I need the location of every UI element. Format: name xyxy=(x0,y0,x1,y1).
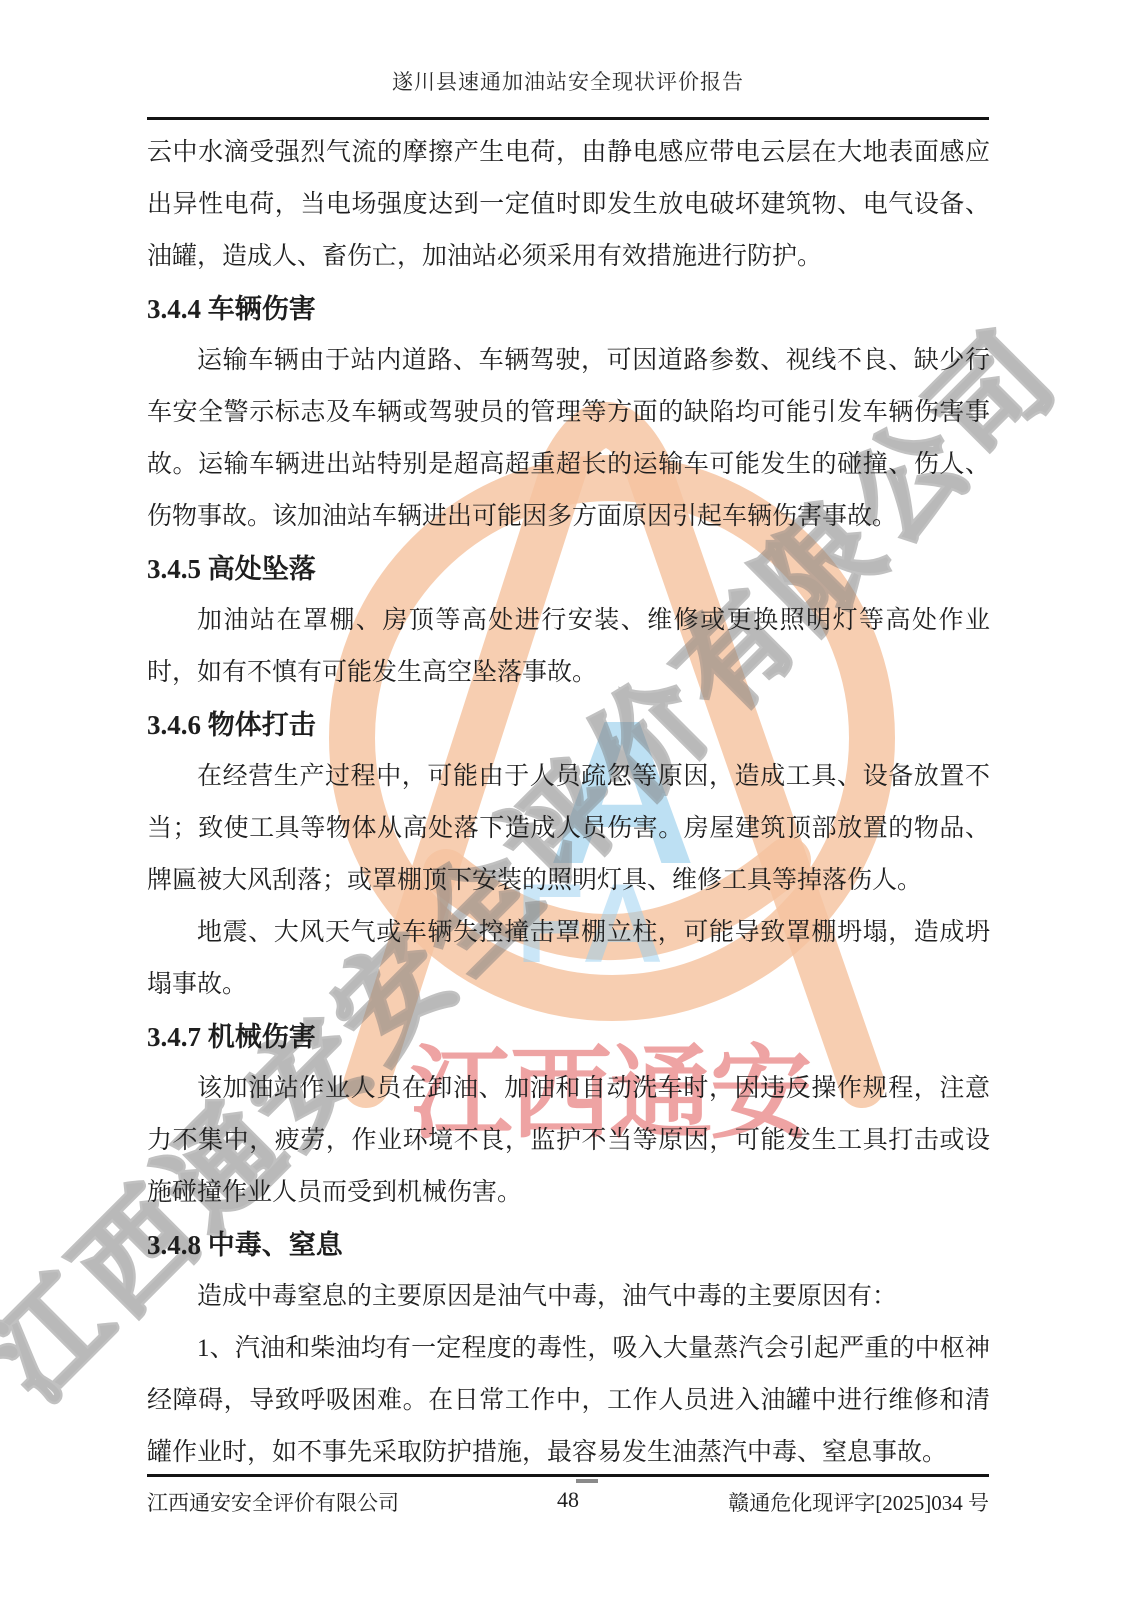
report-title: 遂川县速通加油站安全现状评价报告 xyxy=(147,66,989,96)
footer-rule xyxy=(147,1474,989,1477)
heading-3-4-6: 3.4.6 物体打击 xyxy=(147,699,990,751)
footer-page-number-dash xyxy=(576,1479,598,1483)
heading-3-4-8: 3.4.8 中毒、窒息 xyxy=(147,1219,990,1271)
report-page: A FA 江西通安安全评价有限公司 江西通安 遂川县速通加油站安全现状评价报告 … xyxy=(0,0,1131,1600)
document-body: 云中水滴受强烈气流的摩擦产生电荷，由静电感应带电云层在大地表面感应出异性电荷，当… xyxy=(147,127,990,1479)
paragraph-object-strike-1: 在经营生产过程中，可能由于人员疏忽等原因，造成工具、设备放置不当；致使工具等物体… xyxy=(147,751,990,907)
page-header: 遂川县速通加油站安全现状评价报告 xyxy=(147,66,989,96)
heading-3-4-4: 3.4.4 车辆伤害 xyxy=(147,283,990,335)
paragraph-fall-from-height: 加油站在罩棚、房顶等高处进行安装、维修或更换照明灯等高处作业时，如有不慎有可能发… xyxy=(147,595,990,699)
paragraph-vehicle-harm: 运输车辆由于站内道路、车辆驾驶，可因道路参数、视线不良、缺少行车安全警示标志及车… xyxy=(147,335,990,543)
heading-3-4-7: 3.4.7 机械伤害 xyxy=(147,1011,990,1063)
heading-3-4-5: 3.4.5 高处坠落 xyxy=(147,543,990,595)
paragraph-poisoning-intro: 造成中毒窒息的主要原因是油气中毒，油气中毒的主要原因有： xyxy=(147,1271,990,1323)
paragraph-lightning-continued: 云中水滴受强烈气流的摩擦产生电荷，由静电感应带电云层在大地表面感应出异性电荷，当… xyxy=(147,127,990,283)
paragraph-mechanical-injury: 该加油站作业人员在卸油、加油和自动洗车时，因违反操作规程，注意力不集中，疲劳，作… xyxy=(147,1063,990,1219)
header-rule xyxy=(147,117,989,120)
paragraph-poisoning-item-1: 1、汽油和柴油均有一定程度的毒性，吸入大量蒸汽会引起严重的中枢神经障碍，导致呼吸… xyxy=(147,1323,990,1479)
paragraph-object-strike-2: 地震、大风天气或车辆失控撞击罩棚立柱，可能导致罩棚坍塌，造成坍塌事故。 xyxy=(147,907,990,1011)
footer-doc-number: 赣通危化现评字[2025]034 号 xyxy=(728,1487,989,1517)
